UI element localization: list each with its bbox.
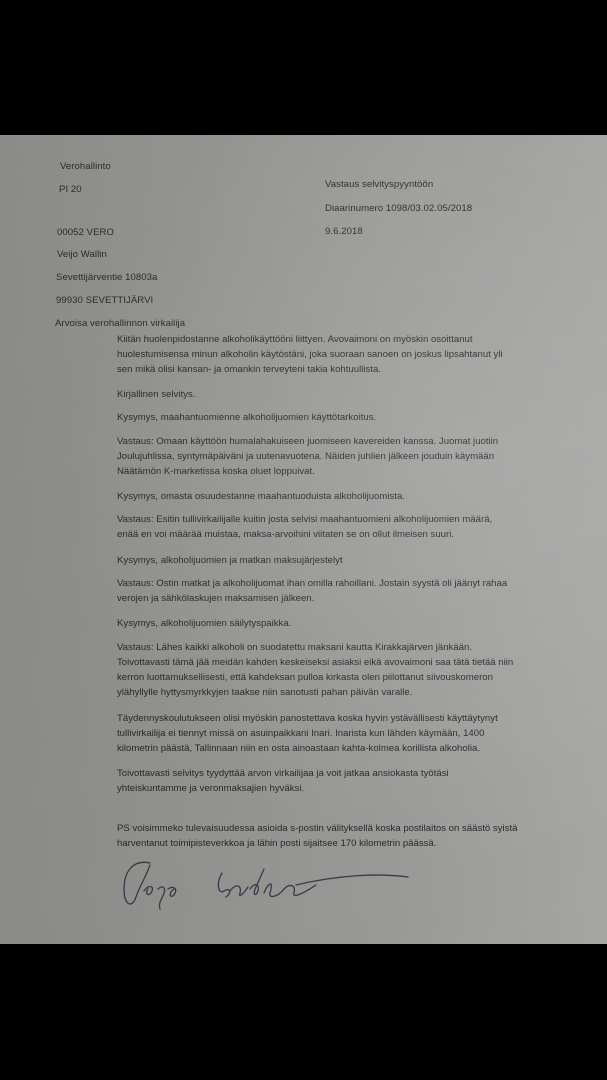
sender-street: Sevettijärventie 10803a: [56, 271, 157, 285]
body-paragraph: Kirjallinen selvitys.: [117, 387, 195, 402]
body-paragraph: PS voisimmeko tulevaisuudessa asioida s-…: [117, 821, 517, 851]
paragraph-line: kerron luottamuksellisesti, että kahdeks…: [117, 670, 513, 685]
body-paragraph: Kysymys, omasta osuudestanne maahantuodu…: [117, 489, 405, 504]
letter-photo: Verohallinto PI 20 00052 VERO Veijo Wall…: [0, 135, 607, 944]
sender-name: Veijo Wallin: [57, 248, 107, 262]
diary-number: Diaarinumero 1098/03.02.05/2018: [325, 202, 472, 216]
recipient-name: Verohallinto: [60, 160, 111, 174]
paragraph-line: kilometrin päästä, Tallinnaan niin en os…: [117, 741, 498, 756]
paragraph-line: yhteiskuntamme ja veronmaksajien hyväksi…: [117, 781, 449, 796]
paragraph-line: harventanut toimipisteverkkoa ja lähin p…: [117, 836, 517, 851]
paragraph-line: PS voisimmeko tulevaisuudessa asioida s-…: [117, 821, 517, 836]
body-paragraph: Kiitän huolenpidostanne alkoholikäyttöön…: [117, 332, 503, 377]
body-paragraph: Kysymys, alkoholijuomien säilytyspaikka.: [117, 616, 291, 631]
letter-date: 9.6.2018: [325, 225, 363, 239]
body-paragraph: Vastaus: Esitin tullivirkailijalle kuiti…: [117, 512, 492, 542]
paragraph-line: Toivottavasti selvitys tyydyttää arvon v…: [117, 766, 449, 781]
paragraph-line: huolestumisensa minun alkoholin käytöstä…: [117, 347, 503, 362]
paragraph-line: Vastaus: Omaan käyttöön humalahakuiseen …: [117, 434, 498, 449]
body-paragraph: Vastaus: Ostin matkat ja alkoholijuomat …: [117, 576, 507, 606]
body-paragraph: Täydennyskoulutukseen olisi myöskin pano…: [117, 711, 498, 756]
paragraph-line: ylähyllylle hyttysmyrkkyjen taakse niin …: [117, 685, 513, 700]
recipient-postal: 00052 VERO: [57, 226, 114, 240]
body-paragraph: Kysymys, alkoholijuomien ja matkan maksu…: [117, 553, 343, 568]
paragraph-line: Täydennyskoulutukseen olisi myöskin pano…: [117, 711, 498, 726]
subject-line: Vastaus selvityspyyntöön: [325, 178, 433, 192]
paragraph-line: Vastaus: Esitin tullivirkailijalle kuiti…: [117, 512, 492, 527]
paragraph-line: Kysymys, maahantuomienne alkoholijuomien…: [117, 410, 376, 425]
paragraph-line: Kysymys, alkoholijuomien ja matkan maksu…: [117, 553, 343, 568]
body-paragraph: Kysymys, maahantuomienne alkoholijuomien…: [117, 410, 376, 425]
paragraph-line: Kiitän huolenpidostanne alkoholikäyttöön…: [117, 332, 503, 347]
paragraph-line: verojen ja sähkölaskujen maksamisen jälk…: [117, 591, 507, 606]
body-paragraph: Toivottavasti selvitys tyydyttää arvon v…: [117, 766, 449, 796]
paragraph-line: tullivirkailija ei tiennyt missä on asui…: [117, 726, 498, 741]
body-paragraph: Vastaus: Lähes kaikki alkoholi on suodat…: [117, 640, 513, 700]
sender-postal: 99930 SEVETTIJÄRVI: [56, 294, 153, 308]
paragraph-line: Näätämön K-marketissa koska oluet loppui…: [117, 464, 498, 479]
paragraph-line: Joulujuhlissa, syntymäpäiväni ja uutenav…: [117, 449, 498, 464]
paragraph-line: Toivottavasti tämä jää meidän kahden kes…: [117, 655, 513, 670]
paragraph-line: Kysymys, omasta osuudestanne maahantuodu…: [117, 489, 405, 504]
body-paragraph: Vastaus: Omaan käyttöön humalahakuiseen …: [117, 434, 498, 479]
paragraph-line: Vastaus: Ostin matkat ja alkoholijuomat …: [117, 576, 507, 591]
paragraph-line: Kirjallinen selvitys.: [117, 387, 195, 402]
paragraph-line: sen mikä olisi kansan- ja omankin tervey…: [117, 362, 503, 377]
recipient-box: PI 20: [59, 183, 82, 197]
paragraph-line: enää en voi määrää muistaa, maksa-arvoih…: [117, 527, 492, 542]
paragraph-line: Kysymys, alkoholijuomien säilytyspaikka.: [117, 616, 291, 631]
paragraph-line: Vastaus: Lähes kaikki alkoholi on suodat…: [117, 640, 513, 655]
signature-icon: [118, 853, 418, 923]
salutation: Arvoisa verohallinnon virkailija: [55, 317, 185, 331]
